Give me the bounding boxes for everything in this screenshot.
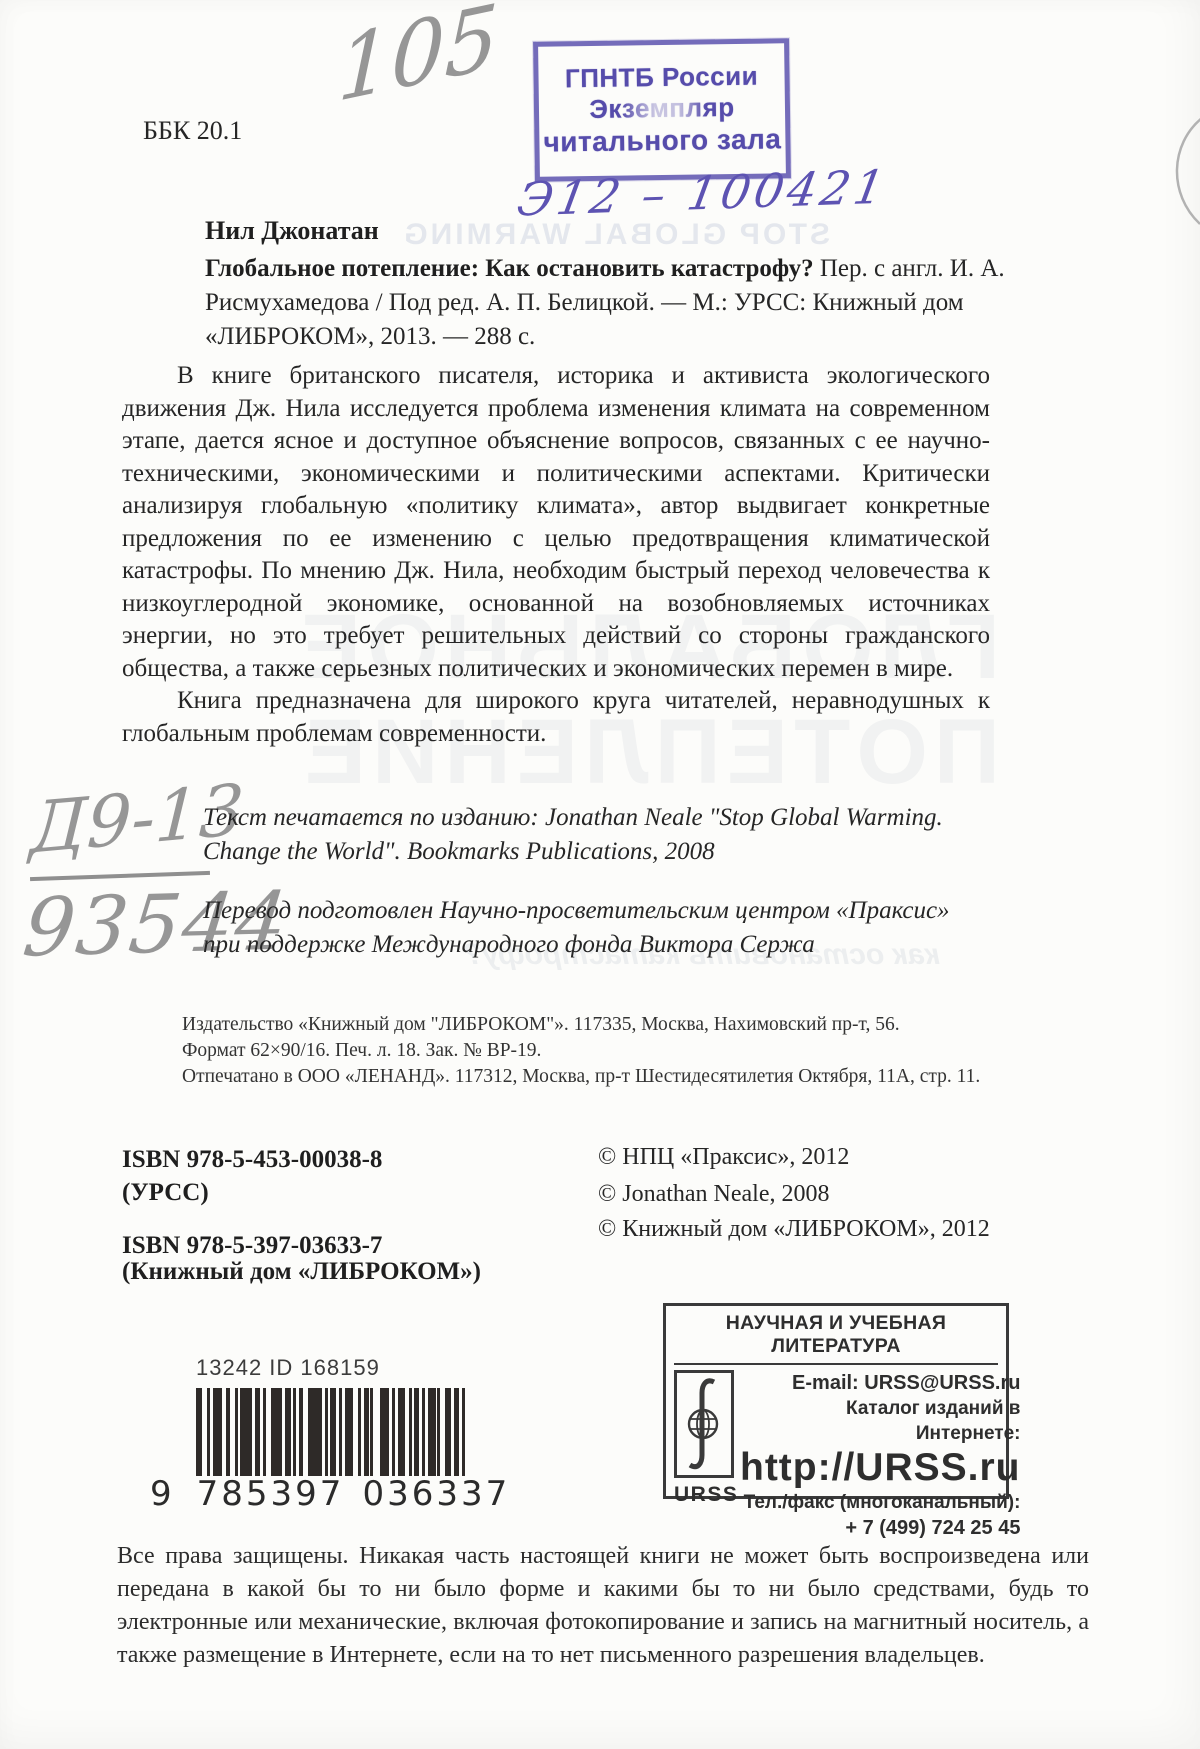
- translation-note-line-1: Перевод подготовлен Научно-просветительс…: [203, 897, 950, 925]
- edition-note-line-2: Change the World". Bookmarks Publication…: [203, 838, 715, 866]
- edition-note-line-1: Текст печатается по изданию: Jonathan Ne…: [203, 804, 943, 832]
- isbn-second-holder: (Книжный дом «ЛИБРОКОМ»): [122, 1258, 481, 1286]
- urss-email: E-mail: URSS@URSS.ru: [740, 1370, 1020, 1396]
- isbn-first-holder: (УРСС): [122, 1179, 209, 1207]
- imprint-format-line: Формат 62×90/16. Печ. л. 18. Зак. № ВР-1…: [182, 1040, 541, 1062]
- translation-note-line-2: при поддержке Международного фонда Викто…: [203, 931, 815, 959]
- handwritten-page-number: 105: [336, 0, 500, 123]
- stamp-line-1: ГПНТБ России: [565, 61, 759, 95]
- annotation: В книге британского писателя, историка и…: [122, 360, 990, 750]
- copyright-line-2: © Jonathan Neale, 2008: [598, 1181, 830, 1208]
- author-name: Нил Джонатан: [205, 216, 379, 246]
- barcode: [196, 1388, 468, 1476]
- imprint-publisher-line: Издательство «Книжный дом "ЛИБРОКОМ"». 1…: [182, 1014, 900, 1036]
- urss-phone: + 7 (499) 724 25 45: [740, 1515, 1020, 1541]
- urss-logo: [674, 1370, 734, 1478]
- annotation-paragraph-2: Книга предназначена для широкого круга ч…: [122, 685, 990, 750]
- stamp-line-3: читального зала: [543, 122, 781, 159]
- isbn-second: ISBN 978-5-397-03633-7: [122, 1232, 382, 1260]
- imprint-printer-line: Отпечатано в ООО «ЛЕНАНД». 117312, Москв…: [182, 1066, 980, 1088]
- urss-catalog-label: Каталог изданий в Интернете:: [740, 1396, 1020, 1446]
- scanned-book-imprint-page: STOP GLOBAL WARMING ГЛОБАЛЬНОЕ ПОТЕПЛЕНИ…: [0, 0, 1200, 1749]
- library-stamp: ГПНТБ России Экземпляр читального зала: [533, 38, 791, 182]
- bbk-code: ББК 20.1: [143, 114, 242, 147]
- annotation-paragraph-1: В книге британского писателя, историка и…: [122, 360, 990, 685]
- isbn-first: ISBN 978-5-453-00038-8: [122, 1146, 382, 1174]
- barcode-label: 13242 ID 168159: [196, 1355, 380, 1381]
- book-title: Глобальное потепление: Как остановить ка…: [205, 255, 814, 282]
- copyright-line-3: © Книжный дом «ЛИБРОКОМ», 2012: [598, 1216, 990, 1243]
- copyright-line-1: © НПЦ «Праксис», 2012: [598, 1144, 849, 1171]
- urss-logo-text: URSS: [674, 1483, 738, 1507]
- barcode-digit-group-1: 785397: [197, 1474, 345, 1514]
- urss-header: НАУЧНАЯ И УЧЕБНАЯ ЛИТЕРАТУРА: [674, 1312, 998, 1365]
- urss-url: http://URSS.ru: [740, 1446, 1020, 1490]
- urss-info-box: НАУЧНАЯ И УЧЕБНАЯ ЛИТЕРАТУРА URSS E-mail…: [663, 1303, 1009, 1499]
- integral-globe-icon: [682, 1378, 726, 1470]
- stamp-line-2: Экземпляр: [589, 92, 735, 125]
- bibliographic-description: Глобальное потепление: Как остановить ка…: [205, 252, 1017, 354]
- barcode-digits: 9 785397 036337: [150, 1474, 510, 1514]
- ghost-mirrored-cover-title: STOP GLOBAL WARMING: [430, 218, 830, 252]
- barcode-digit-group-2: 036337: [362, 1474, 510, 1514]
- rights-notice: Все права защищены. Никакая часть настоя…: [117, 1540, 1089, 1672]
- barcode-digit-lead: 9: [150, 1474, 175, 1514]
- urss-phone-label: Тел./факс (многоканальный):: [740, 1490, 1020, 1515]
- pencil-stroke: [1164, 116, 1200, 228]
